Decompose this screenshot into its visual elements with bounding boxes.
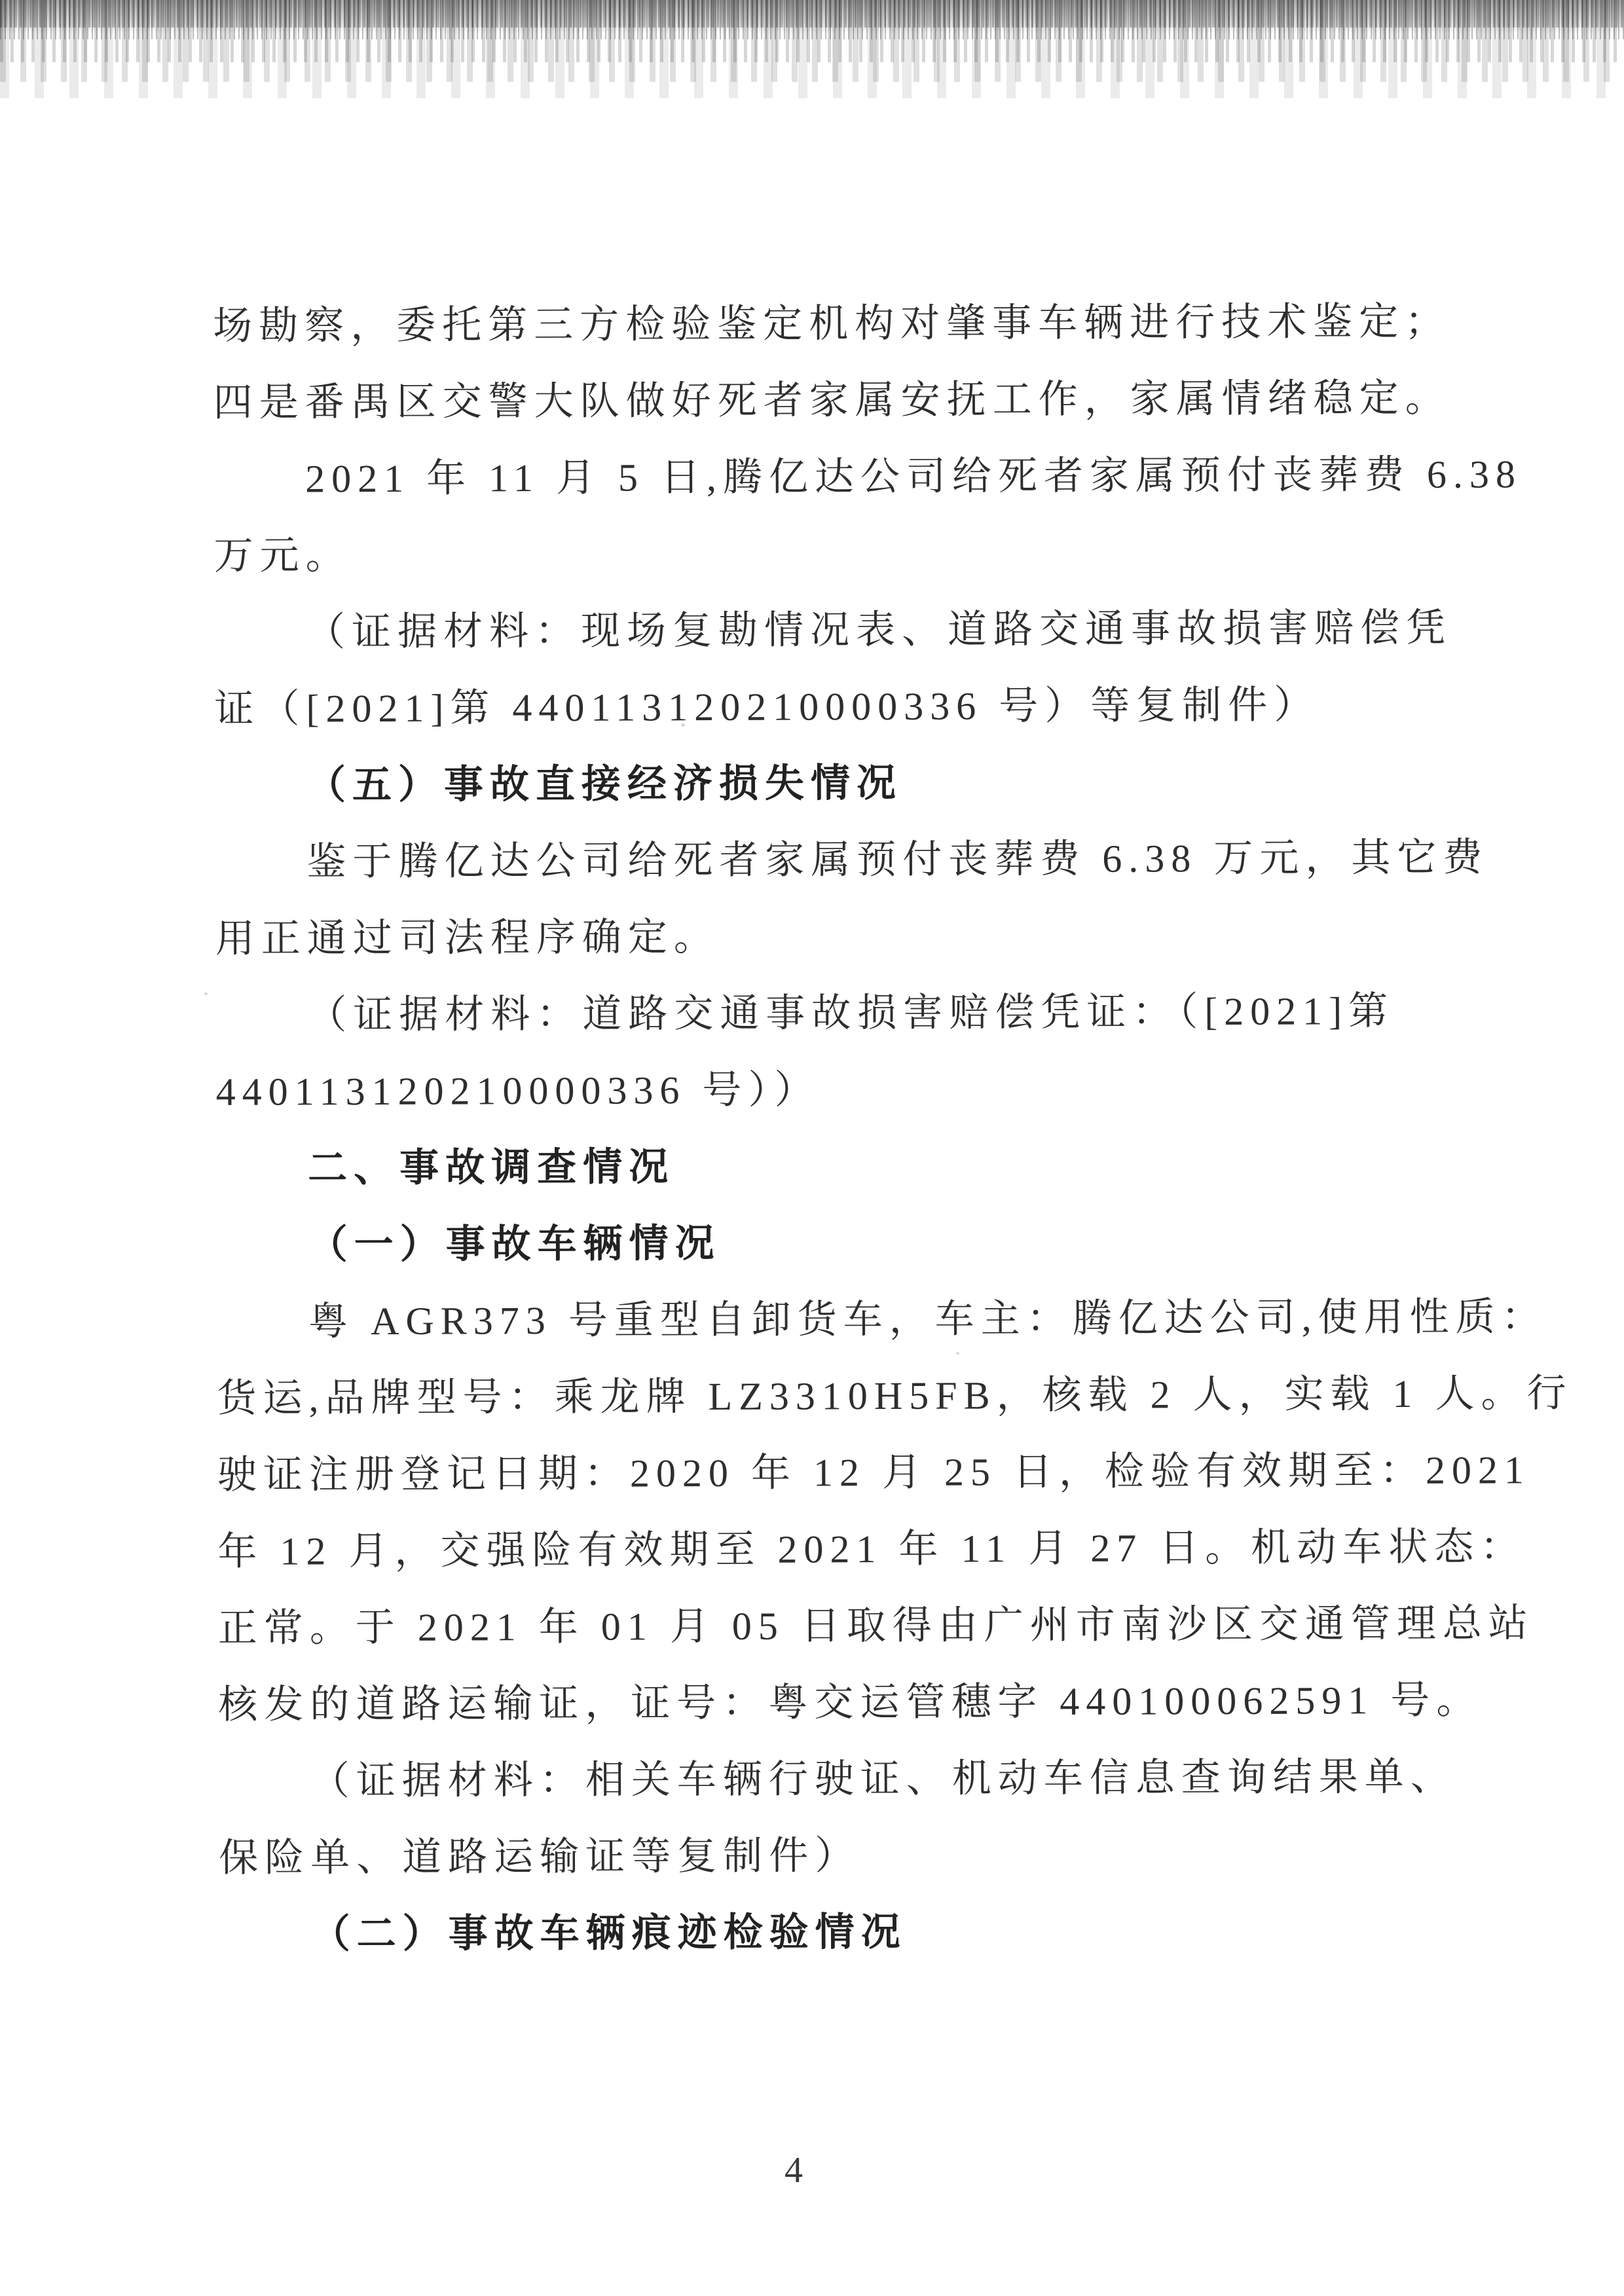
- scanner-noise-band: [0, 0, 1624, 98]
- paragraph-line: 驶证注册登记日期：2020 年 12 月 25 日，检验有效期至：2021: [217, 1432, 1442, 1514]
- paragraph-line: 核发的道路运输证，证号：粤交运管穗字 440100062591 号。: [218, 1662, 1443, 1743]
- paragraph-line: （证据材料：现场复勘情况表、道路交通事故损害赔偿凭: [214, 590, 1439, 671]
- paragraph-line: （证据材料：相关车辆行驶证、机动车信息查询结果单、: [219, 1739, 1443, 1820]
- paragraph-line: 正常。于 2021 年 01 月 05 日取得由广州市南沙区交通管理总站: [218, 1586, 1443, 1667]
- section-heading: （二）事故车辆痕迹检验情况: [219, 1892, 1443, 1973]
- paragraph-line: 440113120210000336 号））: [215, 1049, 1440, 1131]
- scan-speck: [956, 1352, 959, 1355]
- paragraph-line: 场勘察，委托第三方检验鉴定机构对肇事车辆进行技术鉴定；: [213, 283, 1437, 365]
- paragraph-line: 粤 AGR373 号重型自卸货车，车主：腾亿达公司,使用性质：: [217, 1279, 1441, 1360]
- scan-speck: [681, 723, 685, 727]
- scanned-document-page: 场勘察，委托第三方检验鉴定机构对肇事车辆进行技术鉴定； 四是番禺区交警大队做好死…: [0, 0, 1624, 2296]
- paragraph-line: 保险单、道路运输证等复制件）: [219, 1815, 1443, 1897]
- scan-speck: [204, 993, 208, 995]
- paragraph-line: 货运,品牌型号：乘龙牌 LZ3310H5FB，核载 2 人，实载 1 人。行: [217, 1356, 1441, 1437]
- paragraph-line: 鉴于腾亿达公司给死者家属预付丧葬费 6.38 万元，其它费: [215, 820, 1439, 901]
- section-heading: （五）事故直接经济损失情况: [215, 743, 1439, 824]
- paragraph-line: 证（[2021]第 440113120210000336 号）等复制件）: [214, 666, 1439, 748]
- section-heading: （一）事故车辆情况: [216, 1203, 1441, 1284]
- document-body: 场勘察，委托第三方检验鉴定机构对肇事车辆进行技术鉴定； 四是番禺区交警大队做好死…: [213, 283, 1444, 1973]
- paragraph-line: 2021 年 11 月 5 日,腾亿达公司给死者家属预付丧葬费 6.38: [213, 437, 1438, 518]
- paragraph-line: （证据材料：道路交通事故损害赔偿凭证：（[2021]第: [215, 973, 1440, 1054]
- paragraph-line: 年 12 月，交强险有效期至 2021 年 11 月 27 日。机动车状态：: [217, 1509, 1442, 1590]
- paragraph-line: 万元。: [213, 513, 1438, 594]
- paragraph-line: 四是番禺区交警大队做好死者家属安抚工作，家属情绪稳定。: [213, 360, 1437, 441]
- paragraph-line: 用正通过司法程序确定。: [215, 896, 1440, 977]
- page-number: 4: [0, 2149, 1606, 2191]
- section-heading: 二、事故调查情况: [216, 1126, 1441, 1207]
